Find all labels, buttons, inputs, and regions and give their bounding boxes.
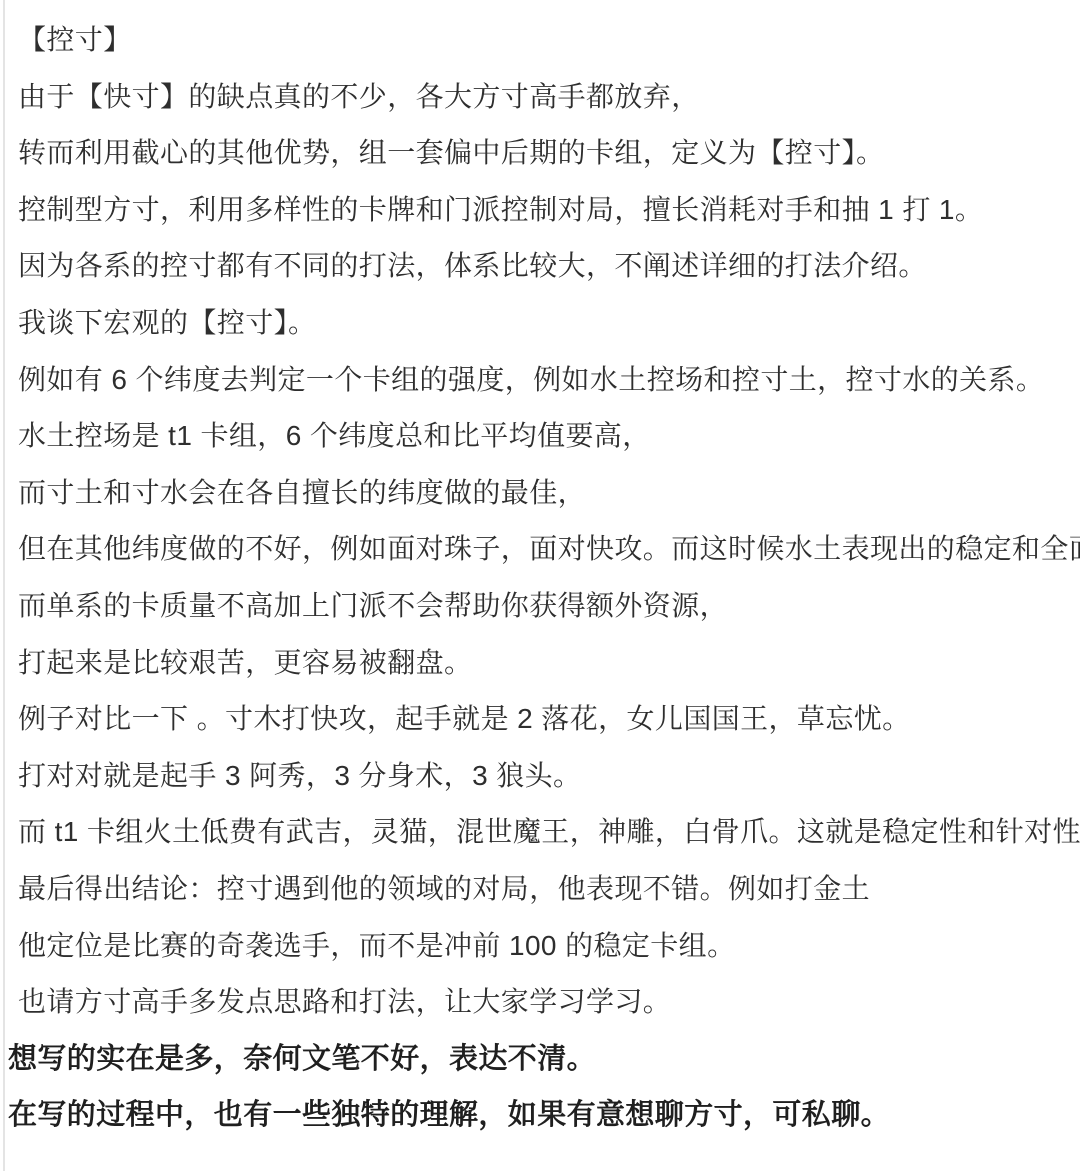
paragraph: 由于【快寸】的缺点真的不少，各大方寸高手都放弃，	[0, 69, 1080, 126]
paragraph: 水土控场是 t1 卡组，6 个纬度总和比平均值要高，	[0, 408, 1080, 465]
paragraph-emphasis: 想写的实在是多，奈何文笔不好，表达不清。	[0, 1031, 1080, 1088]
paragraph: 例如有 6 个纬度去判定一个卡组的强度，例如水土控场和控寸土，控寸水的关系。	[0, 352, 1080, 409]
paragraph: 控制型方寸，利用多样性的卡牌和门派控制对局，擅长消耗对手和抽 1 打 1。	[0, 182, 1080, 239]
paragraph: 而 t1 卡组火土低费有武吉，灵猫，混世魔王，神雕，白骨爪。这就是稳定性和针对性…	[0, 804, 1080, 861]
paragraph: 因为各系的控寸都有不同的打法，体系比较大，不阐述详细的打法介绍。	[0, 238, 1080, 295]
paragraph: 转而利用截心的其他优势，组一套偏中后期的卡组，定义为【控寸】。	[0, 125, 1080, 182]
paragraph: 但在其他纬度做的不好，例如面对珠子，面对快攻。而这时候水土表现出的稳定和全面性。	[0, 521, 1080, 578]
article-body: 【控寸】 由于【快寸】的缺点真的不少，各大方寸高手都放弃， 转而利用截心的其他优…	[0, 12, 1080, 1144]
paragraph: 我谈下宏观的【控寸】。	[0, 295, 1080, 352]
paragraph: 打对对就是起手 3 阿秀，3 分身术，3 狼头。	[0, 748, 1080, 805]
paragraph: 也请方寸高手多发点思路和打法，让大家学习学习。	[0, 974, 1080, 1031]
paragraph: 例子对比一下 。寸木打快攻，起手就是 2 落花，女儿国国王，草忘忧。	[0, 691, 1080, 748]
paragraph: 最后得出结论：控寸遇到他的领域的对局，他表现不错。例如打金土	[0, 861, 1080, 918]
paragraph: 而寸土和寸水会在各自擅长的纬度做的最佳，	[0, 465, 1080, 522]
paragraph: 打起来是比较艰苦，更容易被翻盘。	[0, 635, 1080, 692]
paragraph-emphasis: 在写的过程中，也有一些独特的理解，如果有意想聊方寸，可私聊。	[0, 1087, 1080, 1144]
paragraph: 而单系的卡质量不高加上门派不会帮助你获得额外资源，	[0, 578, 1080, 635]
article-title: 【控寸】	[0, 12, 1080, 69]
paragraph: 他定位是比赛的奇袭选手，而不是冲前 100 的稳定卡组。	[0, 918, 1080, 975]
